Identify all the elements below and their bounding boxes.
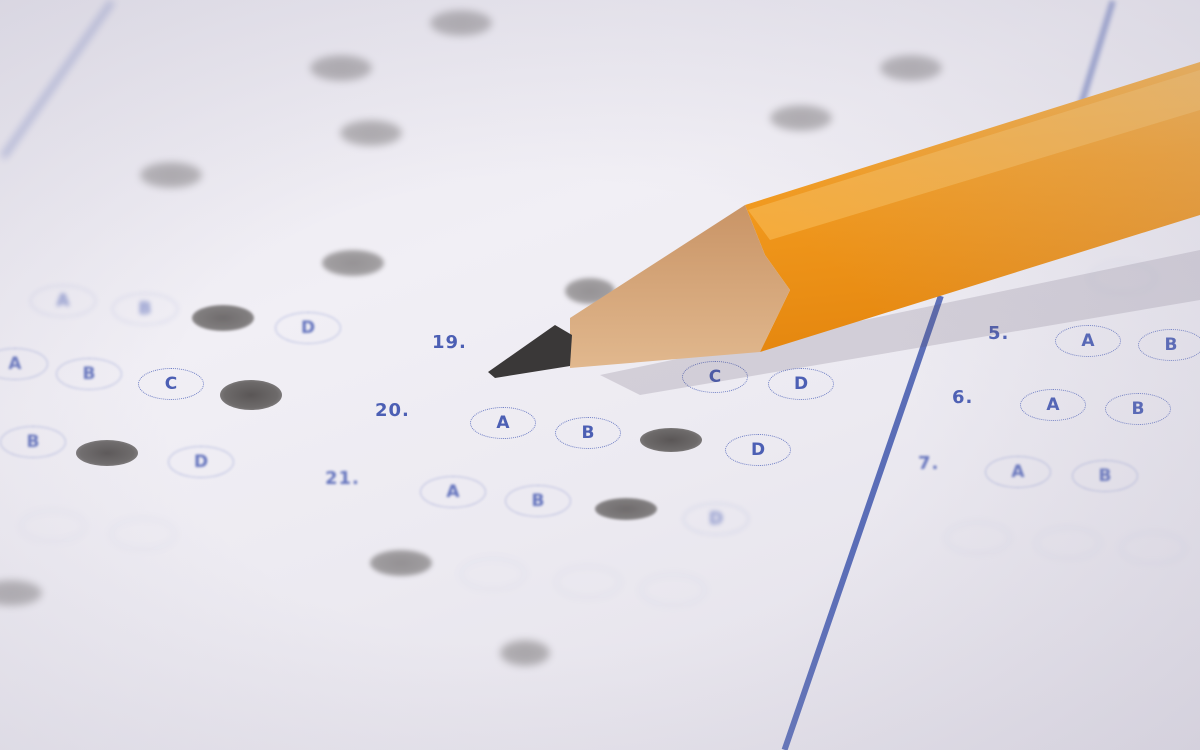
- filled-mark: [370, 550, 432, 576]
- answer-bubble[interactable]: B: [56, 358, 122, 390]
- filled-mark: [192, 305, 254, 331]
- answer-bubble[interactable]: C: [138, 368, 204, 400]
- filled-mark: [220, 380, 282, 410]
- filled-mark: [770, 105, 832, 131]
- answer-bubble[interactable]: A: [30, 285, 96, 317]
- answer-bubble[interactable]: [20, 510, 86, 542]
- filled-mark: [340, 120, 402, 146]
- filled-mark: [310, 55, 372, 81]
- filled-mark: [322, 250, 384, 276]
- answer-bubble[interactable]: B: [1138, 329, 1200, 361]
- filled-mark: [76, 440, 138, 466]
- answer-bubble[interactable]: [1035, 527, 1101, 559]
- answer-bubble[interactable]: D: [168, 446, 234, 478]
- answer-bubble[interactable]: B: [1105, 393, 1171, 425]
- answer-bubble[interactable]: D: [725, 434, 791, 466]
- left-margin-line: [1, 0, 114, 159]
- answer-bubble[interactable]: [640, 574, 706, 606]
- answer-bubble[interactable]: D: [275, 312, 341, 344]
- answer-bubble[interactable]: A: [420, 476, 486, 508]
- answer-bubble[interactable]: A: [470, 407, 536, 439]
- question-number: 19.: [432, 332, 467, 353]
- answer-bubble[interactable]: [460, 558, 526, 590]
- answer-bubble[interactable]: A: [1055, 325, 1121, 357]
- answer-sheet-photo: A B D A B C B D 19. C D 20. A B D 21. A …: [0, 0, 1200, 750]
- answer-bubble[interactable]: [110, 518, 176, 550]
- filled-mark: [140, 162, 202, 188]
- filled-mark: [0, 580, 42, 606]
- answer-bubble[interactable]: D: [683, 503, 749, 535]
- answer-bubble[interactable]: B: [112, 293, 178, 325]
- answer-bubble[interactable]: [555, 566, 621, 598]
- answer-bubble[interactable]: A: [1020, 389, 1086, 421]
- question-number: 20.: [375, 400, 410, 421]
- answer-bubble[interactable]: [1090, 262, 1156, 294]
- filled-mark: [595, 498, 657, 520]
- filled-mark: [880, 55, 942, 81]
- answer-bubble[interactable]: B: [555, 417, 621, 449]
- column-divider-line: [782, 295, 944, 750]
- answer-bubble[interactable]: B: [0, 426, 66, 458]
- filled-mark: [640, 428, 702, 452]
- filled-mark: [430, 10, 492, 36]
- answer-bubble[interactable]: A: [0, 348, 48, 380]
- answer-bubble[interactable]: A: [985, 456, 1051, 488]
- answer-bubble[interactable]: D: [768, 368, 834, 400]
- filled-mark: [500, 640, 550, 666]
- column-divider-line-top: [1075, 0, 1116, 117]
- question-number: 21.: [325, 468, 360, 489]
- filled-mark: [565, 278, 615, 304]
- answer-bubble[interactable]: B: [505, 485, 571, 517]
- answer-bubble[interactable]: [1120, 532, 1186, 564]
- question-number: 7.: [918, 453, 939, 474]
- question-number: 6.: [952, 387, 973, 408]
- answer-bubble[interactable]: C: [682, 361, 748, 393]
- answer-bubble[interactable]: B: [1072, 460, 1138, 492]
- question-number: 5.: [988, 323, 1009, 344]
- answer-bubble[interactable]: [945, 522, 1011, 554]
